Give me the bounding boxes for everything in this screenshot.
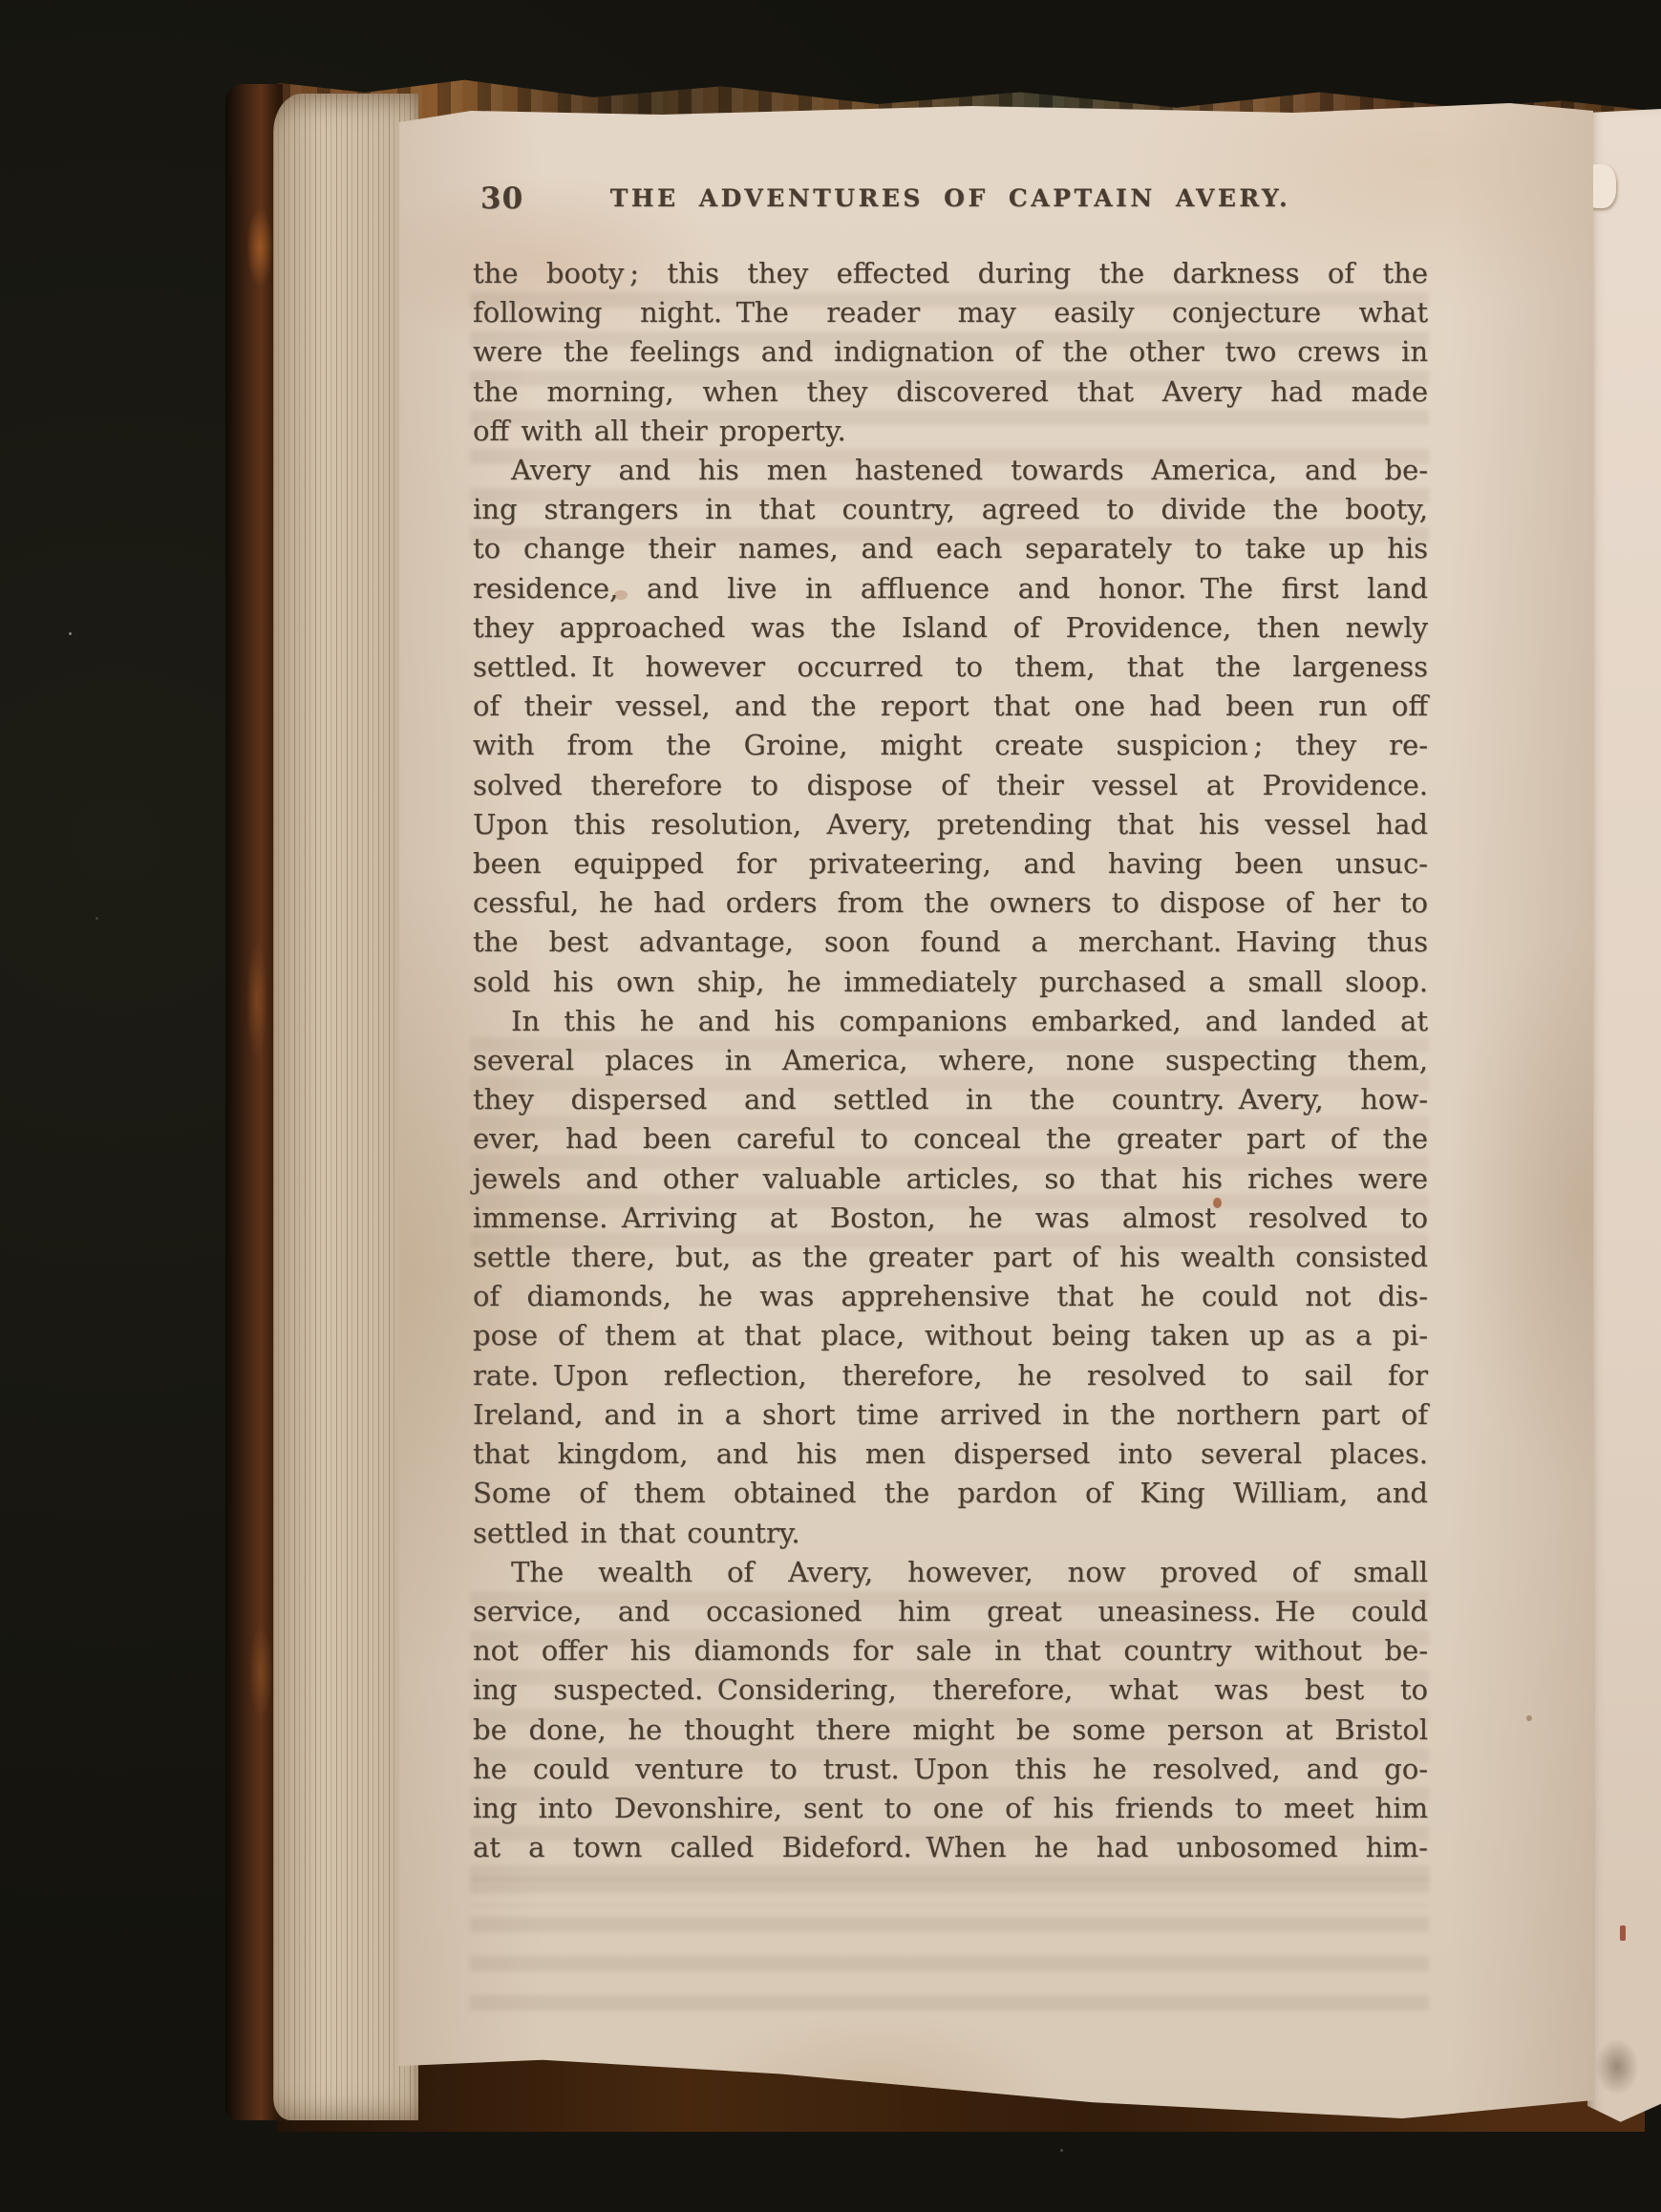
text-line: with from the Groine, might create suspi… xyxy=(473,726,1428,765)
text-line: ever, had been careful to conceal the gr… xyxy=(473,1119,1428,1159)
text-line: to change their names, and each separate… xyxy=(473,529,1428,568)
paragraph: Avery and his men hastened towards Ameri… xyxy=(473,451,1428,1002)
dust-speck xyxy=(69,632,72,635)
text-line: settled in that country. xyxy=(473,1514,1428,1553)
text-line: they dispersed and settled in the countr… xyxy=(473,1080,1428,1119)
text-line: the best advantage, soon found a merchan… xyxy=(473,923,1428,962)
stain-speck xyxy=(1526,1715,1532,1721)
text-line: he could venture to trust. Upon this he … xyxy=(473,1750,1428,1789)
running-title: THE ADVENTURES OF CAPTAIN AVERY. xyxy=(473,181,1428,212)
text-line: residence, and live in affluence and hon… xyxy=(473,569,1428,608)
text-line: pose of them at that place, without bein… xyxy=(473,1316,1428,1355)
text-line: sold his own ship, he immediately purcha… xyxy=(473,963,1428,1002)
paragraphs: the booty ; this they effected during th… xyxy=(473,254,1428,1867)
stain-speck xyxy=(1620,1925,1626,1941)
paragraph: The wealth of Avery, however, now proved… xyxy=(473,1553,1428,1868)
page-number: 30 xyxy=(480,181,523,216)
page-header: 30 THE ADVENTURES OF CAPTAIN AVERY. xyxy=(473,181,1428,225)
text-line: Some of them obtained the pardon of King… xyxy=(473,1474,1428,1513)
book-page: 30 THE ADVENTURES OF CAPTAIN AVERY. the … xyxy=(399,101,1593,2118)
text-line: Avery and his men hastened towards Ameri… xyxy=(473,451,1428,490)
text-line: immense. Arriving at Boston, he was almo… xyxy=(473,1199,1428,1238)
text-line: were the feelings and indignation of the… xyxy=(473,332,1428,372)
paragraph: the booty ; this they effected during th… xyxy=(473,254,1428,451)
text-line: following night. The reader may easily c… xyxy=(473,293,1428,332)
text-line: cessful, he had orders from the owners t… xyxy=(473,883,1428,923)
text-block: 30 THE ADVENTURES OF CAPTAIN AVERY. the … xyxy=(473,181,1428,225)
book-scan: 30 THE ADVENTURES OF CAPTAIN AVERY. the … xyxy=(0,0,1661,2212)
text-line: of diamonds, he was apprehensive that he… xyxy=(473,1277,1428,1316)
adjacent-page-edge xyxy=(1587,109,1661,2126)
text-line: Ireland, and in a short time arrived in … xyxy=(473,1395,1428,1435)
text-line: rate. Upon reflection, therefore, he res… xyxy=(473,1356,1428,1395)
text-line: be done, he thought there might be some … xyxy=(473,1711,1428,1750)
text-line: In this he and his companions embarked, … xyxy=(473,1002,1428,1041)
text-line: ing into Devonshire, sent to one of his … xyxy=(473,1789,1428,1828)
text-line: at a town called Bideford. When he had u… xyxy=(473,1828,1428,1867)
stain-smudge xyxy=(1595,2038,1639,2095)
text-line: Upon this resolution, Avery, pretending … xyxy=(473,805,1428,844)
show-through xyxy=(470,1878,1429,2011)
text-line: been equipped for privateering, and havi… xyxy=(473,844,1428,883)
text-line: several places in America, where, none s… xyxy=(473,1041,1428,1080)
text-line: service, and occasioned him great uneasi… xyxy=(473,1592,1428,1631)
text-line: the booty ; this they effected during th… xyxy=(473,254,1428,293)
text-line: jewels and other valuable articles, so t… xyxy=(473,1159,1428,1199)
paragraph: In this he and his companions embarked, … xyxy=(473,1002,1428,1553)
dust-speck xyxy=(96,917,98,920)
text-line: solved therefore to dispose of their ves… xyxy=(473,766,1428,805)
text-line: settled. It however occurred to them, th… xyxy=(473,648,1428,687)
text-line: settle there, but, as the greater part o… xyxy=(473,1238,1428,1277)
text-line: the morning, when they discovered that A… xyxy=(473,372,1428,412)
text-line: they approached was the Island of Provid… xyxy=(473,608,1428,648)
text-line: The wealth of Avery, however, now proved… xyxy=(473,1553,1428,1592)
dust-speck xyxy=(1060,2149,1063,2152)
text-line: ing strangers in that country, agreed to… xyxy=(473,490,1428,529)
text-line: that kingdom, and his men dispersed into… xyxy=(473,1435,1428,1474)
text-line: ing suspected. Considering, therefore, w… xyxy=(473,1670,1428,1710)
text-line: not offer his diamonds for sale in that … xyxy=(473,1631,1428,1670)
text-line: off with all their property. xyxy=(473,412,1428,451)
page-edge-stack xyxy=(273,94,418,2120)
text-line: of their vessel, and the report that one… xyxy=(473,687,1428,726)
